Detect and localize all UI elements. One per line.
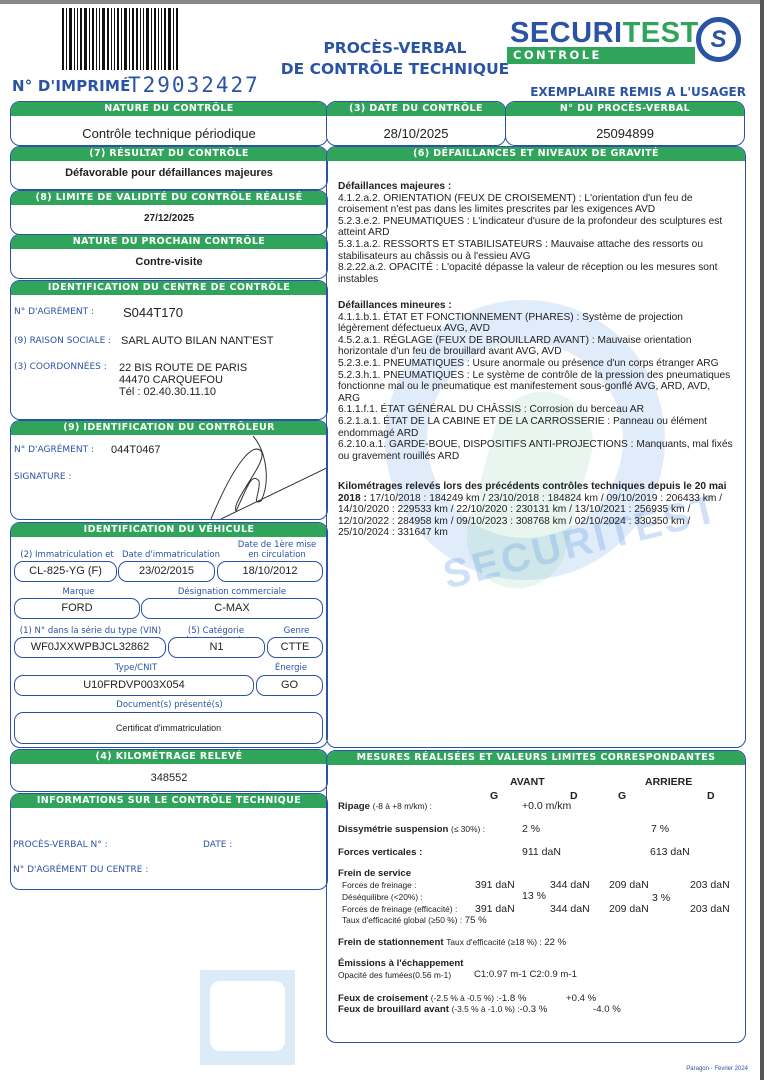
- frein-stat-limit: Taux d'efficacité (≥18 %) :: [446, 937, 541, 947]
- marque-label: Marque: [16, 587, 141, 597]
- footer-printer: Paragon - Février 2024: [686, 1066, 748, 1072]
- barcode-bar: [92, 8, 94, 70]
- feux-croisement-label: Feux de croisement: [338, 993, 428, 1004]
- signature-scribble: [191, 431, 328, 520]
- info-pv-label: PROCÈS-VERBAL N° :: [13, 840, 108, 850]
- frein-stat-row: Frein de stationnement Taux d'efficacité…: [338, 937, 566, 948]
- opacite-label: Opacité des fumées(0.56 m-1): [338, 970, 451, 980]
- barcode-bar: [154, 8, 156, 70]
- info-agrement-label: N° D'AGRÉMENT DU CENTRE :: [13, 865, 148, 875]
- marque-value: FORD: [14, 598, 140, 619]
- forces-verticales-avant: 911 daN: [522, 846, 561, 858]
- vin-value: WF0JXXWPBJCL32862: [14, 637, 166, 658]
- barcode-bar: [96, 8, 97, 70]
- vin-label: (1) N° dans la série du type (VIN): [13, 626, 168, 636]
- vehicule-box: IDENTIFICATION DU VÉHICULE (2) Immatricu…: [10, 522, 328, 748]
- dissym-arriere: 7 %: [651, 823, 669, 835]
- controleur-agrement-value: 044T0467: [111, 444, 161, 456]
- barcode-bar: [77, 8, 78, 70]
- barcode-bar: [74, 8, 75, 70]
- resultat-value: Défavorable pour défaillances majeures: [11, 167, 327, 179]
- barcode-bar: [140, 8, 141, 70]
- barcode-bar: [111, 8, 112, 70]
- date-mise-label-2: en circulation: [227, 550, 327, 560]
- prochain-header: NATURE DU PROCHAIN CONTRÔLE: [11, 235, 327, 249]
- frein-stat-value: 22 %: [544, 937, 566, 948]
- date-controle-box: (3) DATE DU CONTRÔLE 28/10/2025: [326, 101, 506, 146]
- dissym-row: Dissymétrie suspension (≤ 30%) :: [338, 824, 485, 835]
- genre-label: Genre: [269, 626, 324, 636]
- pv-number-value: 25094899: [506, 126, 744, 141]
- barcode-bar: [80, 8, 82, 70]
- date-immat-label: Date d'immatriculation: [121, 550, 221, 560]
- desequilibre-avant: 13 %: [522, 890, 546, 902]
- validite-value: 27/12/2025: [11, 213, 327, 224]
- page-edge-right: [760, 0, 764, 1080]
- forces-verticales-label: Forces verticales :: [338, 847, 422, 858]
- imprime-number: T29032427: [128, 73, 260, 97]
- kilometrage-value: 348552: [11, 772, 327, 784]
- type-label: Type/CNIT: [16, 663, 256, 673]
- logo-word-b: TEST: [623, 17, 699, 49]
- genre-value: CTTE: [267, 637, 323, 658]
- barcode-bar: [158, 8, 159, 70]
- date-controle-header: (3) DATE DU CONTRÔLE: [327, 102, 505, 116]
- pv-number-box: N° DU PROCÈS-VERBAL 25094899: [505, 101, 745, 146]
- validite-box: (8) LIMITE DE VALIDITÉ DU CONTRÔLE RÉALI…: [10, 190, 328, 235]
- resultat-header: (7) RÉSULTAT DU CONTRÔLE: [11, 147, 327, 161]
- feux-croisement-g: -1.8 %: [499, 993, 527, 1004]
- feux-croisement-row: Feux de croisement (-2.5 % à -0.5 %) :-1…: [338, 993, 526, 1004]
- barcode-bar: [99, 8, 100, 70]
- forces-eff-arg: 209 daN: [609, 903, 649, 915]
- ripage-label: Ripage: [338, 801, 370, 812]
- frein-service-title: Frein de service: [338, 868, 411, 879]
- defaillance-item: 5.2.3.e.1. PNEUMATIQUES : Usure anormale…: [338, 358, 734, 370]
- immat-value: CL-825-YG (F): [14, 561, 117, 582]
- defaillance-item: 4.1.1.b.1. ÉTAT ET FONCTIONNEMENT (PHARE…: [338, 312, 734, 335]
- frein-service-text: Frein de service: [338, 868, 411, 879]
- defaillance-item: 6.1.1.f.1. ÉTAT GÉNÉRAL DU CHÂSSIS : Cor…: [338, 404, 734, 416]
- document-title: PROCÈS-VERBAL DE CONTRÔLE TECHNIQUE: [280, 38, 510, 80]
- date-mise-label-1: Date de 1ère mise: [227, 540, 327, 550]
- barcode-bar: [173, 8, 174, 70]
- prochain-box: NATURE DU PROCHAIN CONTRÔLE Contre-visit…: [10, 234, 328, 279]
- resultat-box: (7) RÉSULTAT DU CONTRÔLE Défavorable pou…: [10, 146, 328, 190]
- forces-verticales-text: Forces verticales :: [338, 847, 422, 858]
- signature-label: SIGNATURE :: [14, 472, 71, 482]
- emissions-title: Émissions à l'échappement: [338, 958, 463, 969]
- date-immat-value: 23/02/2015: [118, 561, 215, 582]
- defaillances-mineures: Défaillances mineures : 4.1.1.b.1. ÉTAT …: [338, 300, 734, 462]
- barcode-bar: [121, 8, 122, 70]
- barcode-bar: [129, 8, 130, 70]
- coord-line-1: 22 BIS ROUTE DE PARIS: [119, 362, 247, 374]
- info-defavorable-header: INFORMATIONS SUR LE CONTRÔLE TECHNIQUE D…: [11, 794, 327, 808]
- logo-s-icon: S: [696, 17, 741, 62]
- logo-tagline: CONTROLE TECHNIQUE: [507, 47, 695, 64]
- avant-header: AVANT: [510, 776, 545, 788]
- defaillance-item: 8.2.22.a.2. OPACITÉ : L'opacité dépasse …: [338, 262, 734, 285]
- documents-value: Certificat d'immatriculation: [14, 712, 323, 744]
- feux-brouillard-limit: (-3.5 % à -1.0 %) :: [452, 1004, 520, 1014]
- barcode: [62, 8, 202, 70]
- barcode-bar: [117, 8, 119, 70]
- vehicule-header: IDENTIFICATION DU VÉHICULE: [11, 523, 327, 537]
- mineures-title: Défaillances mineures :: [338, 300, 452, 311]
- feux-brouillard-g: -0.3 %: [520, 1004, 548, 1015]
- kilometrage-header: (4) KILOMÉTRAGE RELEVÉ: [11, 750, 327, 764]
- feux-croisement-limit: (-2.5 % à -0.5 %) :: [431, 993, 499, 1003]
- barcode-bar: [84, 8, 87, 70]
- defaillances-majeures: Défaillances majeures : 4.1.2.a.2. ORIEN…: [338, 181, 734, 285]
- arriere-g: G: [618, 790, 626, 802]
- designation-value: C-MAX: [141, 598, 323, 619]
- feux-brouillard-row: Feux de brouillard avant (-3.5 % à -1.0 …: [338, 1004, 547, 1015]
- forces-freinage-avd: 344 daN: [550, 879, 590, 891]
- km-history-values: 17/10/2018 : 184249 km / 23/10/2018 : 18…: [338, 493, 722, 539]
- raison-sociale-value: SARL AUTO BILAN NANT'EST: [121, 335, 273, 347]
- barcode-bar: [151, 8, 152, 70]
- centre-header: IDENTIFICATION DU CENTRE DE CONTRÔLE: [11, 281, 327, 295]
- forces-freinage-ard: 203 daN: [690, 879, 730, 891]
- mineures-list: 4.1.1.b.1. ÉTAT ET FONCTIONNEMENT (PHARE…: [338, 312, 734, 463]
- validite-header: (8) LIMITE DE VALIDITÉ DU CONTRÔLE RÉALI…: [11, 191, 327, 205]
- barcode-bar: [161, 8, 162, 70]
- ripage-row: Ripage (-8 à +8 m/km) :: [338, 801, 432, 812]
- nature-controle-header: NATURE DU CONTRÔLE: [11, 102, 327, 116]
- energie-label: Énergie: [259, 663, 323, 673]
- dissym-label: Dissymétrie suspension: [338, 824, 448, 835]
- barcode-bar: [66, 8, 67, 70]
- arriere-header: ARRIERE: [645, 776, 692, 788]
- ripage-value: +0.0 m/km: [522, 800, 571, 812]
- defaillance-item: 4.1.2.a.2. ORIENTATION (FEUX DE CROISEME…: [338, 193, 734, 216]
- barcode-bar: [176, 8, 178, 70]
- barcode-bar: [124, 8, 127, 70]
- info-defavorable-box: INFORMATIONS SUR LE CONTRÔLE TECHNIQUE D…: [10, 793, 328, 890]
- desequilibre-label: Déséquilibre (<20%) :: [342, 892, 423, 902]
- mesures-header: MESURES RÉALISÉES ET VALEURS LIMITES COR…: [327, 751, 745, 765]
- barcode-bar: [143, 8, 144, 70]
- page-edge-top: [0, 0, 764, 4]
- emissions-text: Émissions à l'échappement: [338, 958, 463, 969]
- forces-freinage-avg: 391 daN: [475, 879, 515, 891]
- forces-freinage-label: Forces de freinage :: [342, 880, 416, 890]
- documents-label: Document(s) présenté(s): [16, 700, 323, 710]
- logo-word-a: SECURI: [510, 17, 623, 49]
- barcode-bar: [89, 8, 90, 70]
- frein-stat-label: Frein de stationnement: [338, 937, 444, 948]
- coord-line-3: Tél : 02.40.30.11.10: [119, 386, 247, 398]
- date-mise-value: 18/10/2012: [217, 561, 323, 582]
- defaillances-header: (6) DÉFAILLANCES ET NIVEAUX DE GRAVITÉ: [327, 147, 745, 161]
- centre-agrement-value: S044T170: [123, 305, 183, 320]
- feux-croisement-d: +0.4 %: [566, 993, 596, 1004]
- centre-agrement-label: N° D'AGRÉMENT :: [14, 307, 94, 317]
- pv-number-header: N° DU PROCÈS-VERBAL: [506, 102, 744, 116]
- coord-line-2: 44470 CARQUEFOU: [119, 374, 247, 386]
- forces-eff-ard: 203 daN: [690, 903, 730, 915]
- prochain-value: Contre-visite: [11, 256, 327, 268]
- barcode-bar: [107, 8, 109, 70]
- barcode-bar: [102, 8, 105, 70]
- barcode-bar: [168, 8, 171, 70]
- raison-sociale-label: (9) RAISON SOCIALE :: [14, 336, 111, 346]
- barcode-bar: [114, 8, 115, 70]
- defaillance-item: 6.2.1.a.1. ÉTAT DE LA CABINE ET DE LA CA…: [338, 416, 734, 439]
- feux-brouillard-d: -4.0 %: [593, 1004, 621, 1015]
- taux-global-value: 75 %: [465, 915, 487, 926]
- barcode-bar: [62, 8, 64, 70]
- forces-efficacite-label: Forces de freinage (efficacité) :: [342, 904, 457, 914]
- dissym-avant: 2 %: [522, 823, 540, 835]
- energie-value: GO: [256, 675, 323, 696]
- majeures-list: 4.1.2.a.2. ORIENTATION (FEUX DE CROISEME…: [338, 193, 734, 286]
- coordonnees-label: (3) COORDONNÉES :: [14, 362, 107, 372]
- forces-eff-avg: 391 daN: [475, 903, 515, 915]
- centre-box: IDENTIFICATION DU CENTRE DE CONTRÔLE N° …: [10, 280, 328, 420]
- designation-label: Désignation commerciale: [141, 587, 323, 597]
- barcode-bar: [136, 8, 138, 70]
- km-history: Kilométrages relevés lors des précédents…: [338, 481, 734, 539]
- avant-g: G: [490, 790, 498, 802]
- title-line-1: PROCÈS-VERBAL: [280, 38, 510, 59]
- barcode-bar: [146, 8, 149, 70]
- defaillance-item: 5.2.3.e.2. PNEUMATIQUES : L'indicateur d…: [338, 216, 734, 239]
- taux-global-label: Taux d'efficacité global (≥50 %) :: [342, 915, 462, 925]
- majeures-title: Défaillances majeures :: [338, 181, 451, 192]
- kilometrage-box: (4) KILOMÉTRAGE RELEVÉ 348552: [10, 749, 328, 792]
- defaillance-item: 4.5.2.a.1. RÉGLAGE (FEUX DE BROUILLARD A…: [338, 335, 734, 358]
- stamp-window: [210, 981, 285, 1051]
- date-controle-value: 28/10/2025: [327, 126, 505, 141]
- feux-brouillard-label: Feux de brouillard avant: [338, 1004, 449, 1015]
- date-mise-label: Date de 1ère mise en circulation: [227, 540, 327, 560]
- taux-global-row: Taux d'efficacité global (≥50 %) : 75 %: [342, 915, 487, 926]
- title-line-2: DE CONTRÔLE TECHNIQUE: [280, 59, 510, 80]
- info-date-label: DATE :: [203, 840, 232, 850]
- forces-verticales-arriere: 613 daN: [650, 846, 690, 858]
- categorie-value: N1: [168, 637, 265, 658]
- exemplaire-label: EXEMPLAIRE REMIS A L'USAGER: [530, 85, 746, 99]
- arriere-d: D: [707, 790, 715, 802]
- stamp-area: [200, 970, 295, 1065]
- forces-eff-avd: 344 daN: [550, 903, 590, 915]
- nature-controle-box: NATURE DU CONTRÔLE Contrôle technique pé…: [10, 101, 328, 146]
- coordonnees-value: 22 BIS ROUTE DE PARIS 44470 CARQUEFOU Té…: [119, 362, 247, 398]
- controleur-box: (9) IDENTIFICATION DU CONTRÔLEUR N° D'AG…: [10, 420, 328, 520]
- securitest-logo: SECURITEST: [510, 17, 699, 50]
- ripage-limit: (-8 à +8 m/km) :: [373, 801, 432, 811]
- barcode-bar: [164, 8, 166, 70]
- imprime-label: N° D'IMPRIMÉ: [12, 77, 131, 95]
- defaillance-item: 6.2.10.a.1. GARDE-BOUE, DISPOSITIFS ANTI…: [338, 439, 734, 462]
- type-value: U10FRDVP003X054: [14, 675, 254, 696]
- defaillance-item: 5.2.3.h.1. PNEUMATIQUES : Le système de …: [338, 370, 734, 405]
- defaillance-item: 5.3.1.a.2. RESSORTS ET STABILISATEURS : …: [338, 239, 734, 262]
- controleur-agrement-label: N° D'AGRÉMENT :: [14, 445, 94, 455]
- opacite-values: C1:0.97 m-1 C2:0.9 m-1: [474, 969, 577, 980]
- forces-freinage-arg: 209 daN: [609, 879, 649, 891]
- dissym-limit: (≤ 30%) :: [451, 824, 485, 834]
- barcode-bar: [69, 8, 72, 70]
- desequilibre-arriere: 3 %: [652, 892, 670, 904]
- barcode-bar: [132, 8, 134, 70]
- nature-controle-value: Contrôle technique périodique: [11, 126, 327, 141]
